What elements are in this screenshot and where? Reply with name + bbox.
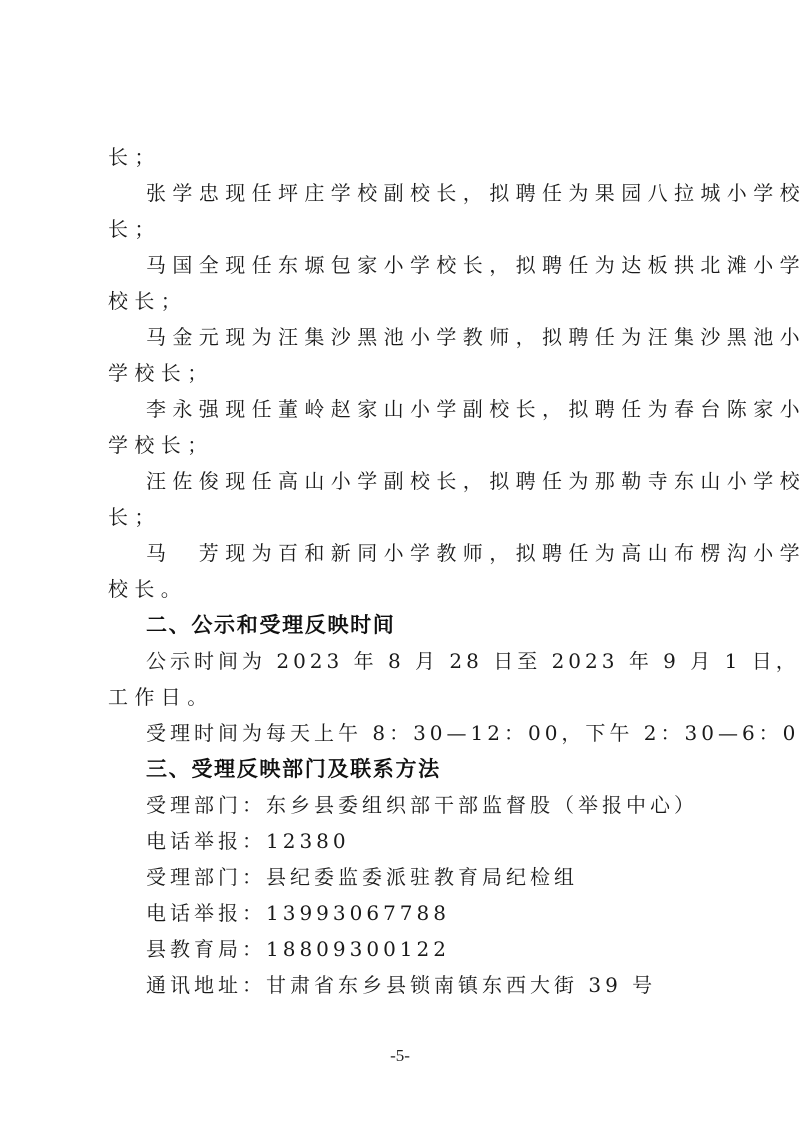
publicity-period-text: 公示时间为 2023 年 8 月 28 日至 2023 年 9 月 1 日，共 … [146,646,746,676]
reception-hours-text: 受理时间为每天上午 8：30—12：00，下午 2：30—6：00。 [146,718,746,748]
appointment-continuation: 校长； [108,286,708,316]
document-page: 长； 张学忠现任坪庄学校副校长，拟聘任为果园八拉城小学校 长； 马国全现任东塬包… [0,0,800,1131]
appointment-continuation: 学校长； [108,430,708,460]
contact-department-1: 受理部门：东乡县委组织部干部监督股（举报中心） [146,790,746,820]
appointment-continuation: 长； [108,502,708,532]
page-number: -5- [0,1046,800,1066]
appointment-continuation: 校长。 [108,574,708,604]
contact-phone-1: 电话举报：12380 [146,826,746,856]
appointment-line: 张学忠现任坪庄学校副校长，拟聘任为果园八拉城小学校 [146,178,746,208]
publicity-period-text-cont: 工作日。 [108,682,708,712]
section-heading-contact-departments: 三、受理反映部门及联系方法 [146,754,746,784]
appointment-line: 汪佐俊现任高山小学副校长，拟聘任为那勒寺东山小学校 [146,466,746,496]
contact-education-bureau: 县教育局：18809300122 [146,934,746,964]
appointment-line: 马金元现为汪集沙黑池小学教师，拟聘任为汪集沙黑池小 [146,322,746,352]
contact-address: 通讯地址：甘肃省东乡县锁南镇东西大街 39 号 [146,970,746,1000]
contact-phone-2: 电话举报：13993067788 [146,898,746,928]
appointment-continuation: 长； [108,214,708,244]
appointment-line: 李永强现任董岭赵家山小学副校长，拟聘任为春台陈家小 [146,394,746,424]
contact-department-2: 受理部门：县纪委监委派驻教育局纪检组 [146,862,746,892]
appointment-line: 马国全现任东塬包家小学校长，拟聘任为达板拱北滩小学 [146,250,746,280]
appointment-continuation: 学校长； [108,358,708,388]
appointment-line: 马 芳现为百和新同小学教师，拟聘任为高山布楞沟小学 [146,538,746,568]
appointment-continuation: 长； [108,142,708,172]
section-heading-publicity-period: 二、公示和受理反映时间 [146,610,746,640]
